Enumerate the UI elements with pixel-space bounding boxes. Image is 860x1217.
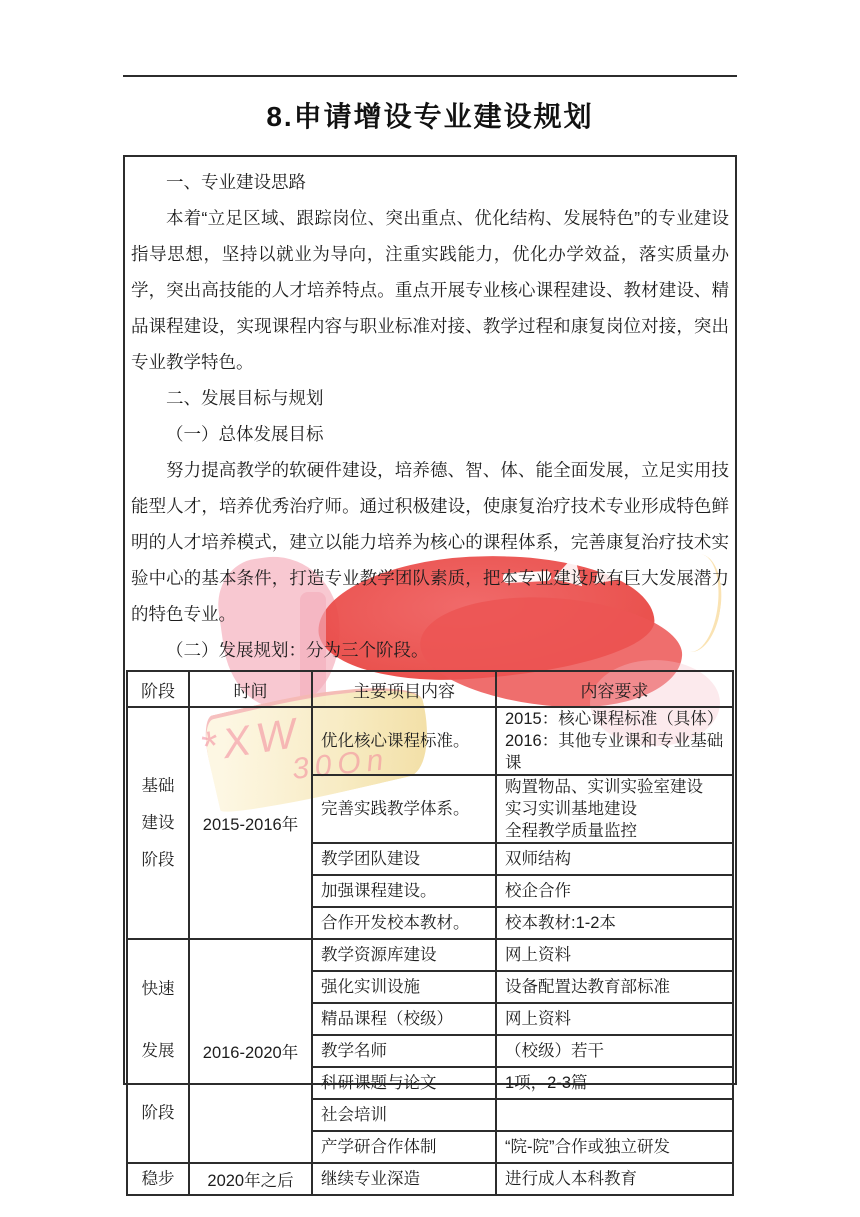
column-header-stage: 阶段: [127, 671, 189, 707]
stage-cell: 稳步: [127, 1163, 189, 1195]
requirement-cell: 校企合作: [496, 875, 733, 907]
time-cell: 2020年之后: [189, 1163, 312, 1195]
document-page: *XW 30On 8.申请增设专业建设规划 一、专业建设思路 本着“立足区域、跟…: [0, 0, 860, 1217]
section-heading-1: 一、专业建设思路: [131, 164, 729, 200]
body-text: 一、专业建设思路 本着“立足区域、跟踪岗位、突出重点、优化结构、发展特色”的专业…: [125, 157, 735, 668]
time-cell: 2015-2016年: [189, 707, 312, 939]
item-cell: 产学研合作体制: [312, 1131, 496, 1163]
stage-cell: 基础 建设 阶段: [127, 707, 189, 939]
time-cell: 2016-2020年: [189, 939, 312, 1163]
content-box: 一、专业建设思路 本着“立足区域、跟踪岗位、突出重点、优化结构、发展特色”的专业…: [123, 155, 737, 1085]
planning-table: 阶段 时间 主要项目内容 内容要求 基础 建设 阶段2015-2016年优化核心…: [126, 670, 734, 1196]
requirement-cell: [496, 1099, 733, 1131]
requirement-cell: 2015：核心课程标准（具体） 2016：其他专业课和专业基础课: [496, 707, 733, 775]
requirement-cell: 1项，2-3篇: [496, 1067, 733, 1099]
column-header-main-items: 主要项目内容: [312, 671, 496, 707]
item-cell: 教学名师: [312, 1035, 496, 1067]
table-row: 基础 建设 阶段2015-2016年优化核心课程标准。2015：核心课程标准（具…: [127, 707, 733, 775]
item-cell: 优化核心课程标准。: [312, 707, 496, 775]
column-header-time: 时间: [189, 671, 312, 707]
table-row: 快速 发展 阶段2016-2020年教学资源库建设网上资料: [127, 939, 733, 971]
column-header-requirements: 内容要求: [496, 671, 733, 707]
item-cell: 精品课程（校级）: [312, 1003, 496, 1035]
planning-table-body: 基础 建设 阶段2015-2016年优化核心课程标准。2015：核心课程标准（具…: [127, 707, 733, 1195]
section-2-paragraph: 努力提高教学的软硬件建设，培养德、智、体、能全面发展，立足实用技能型人才，培养优…: [131, 452, 729, 632]
header-rule: [123, 75, 737, 77]
section-heading-2: 二、发展目标与规划: [131, 380, 729, 416]
requirement-cell: “院-院”合作或独立研发: [496, 1131, 733, 1163]
item-cell: 教学资源库建设: [312, 939, 496, 971]
requirement-cell: 购置物品、实训实验室建设 实习实训基地建设 全程教学质量监控: [496, 775, 733, 843]
stage-cell: 快速 发展 阶段: [127, 939, 189, 1163]
requirement-cell: 双师结构: [496, 843, 733, 875]
section-2-subheading-2: （二）发展规划：分为三个阶段。: [131, 632, 729, 668]
table-row: 稳步2020年之后继续专业深造进行成人本科教育: [127, 1163, 733, 1195]
requirement-cell: 进行成人本科教育: [496, 1163, 733, 1195]
document-title: 8.申请增设专业建设规划: [0, 95, 860, 135]
requirement-cell: 网上资料: [496, 939, 733, 971]
requirement-cell: 校本教材:1-2本: [496, 907, 733, 939]
item-cell: 合作开发校本教材。: [312, 907, 496, 939]
section-1-paragraph: 本着“立足区域、跟踪岗位、突出重点、优化结构、发展特色”的专业建设指导思想，坚持…: [131, 200, 729, 380]
requirement-cell: （校级）若干: [496, 1035, 733, 1067]
item-cell: 完善实践教学体系。: [312, 775, 496, 843]
table-header-row: 阶段 时间 主要项目内容 内容要求: [127, 671, 733, 707]
section-2-subheading-1: （一）总体发展目标: [131, 416, 729, 452]
item-cell: 科研课题与论文: [312, 1067, 496, 1099]
item-cell: 加强课程建设。: [312, 875, 496, 907]
requirement-cell: 网上资料: [496, 1003, 733, 1035]
requirement-cell: 设备配置达教育部标准: [496, 971, 733, 1003]
item-cell: 强化实训设施: [312, 971, 496, 1003]
item-cell: 教学团队建设: [312, 843, 496, 875]
item-cell: 社会培训: [312, 1099, 496, 1131]
item-cell: 继续专业深造: [312, 1163, 496, 1195]
